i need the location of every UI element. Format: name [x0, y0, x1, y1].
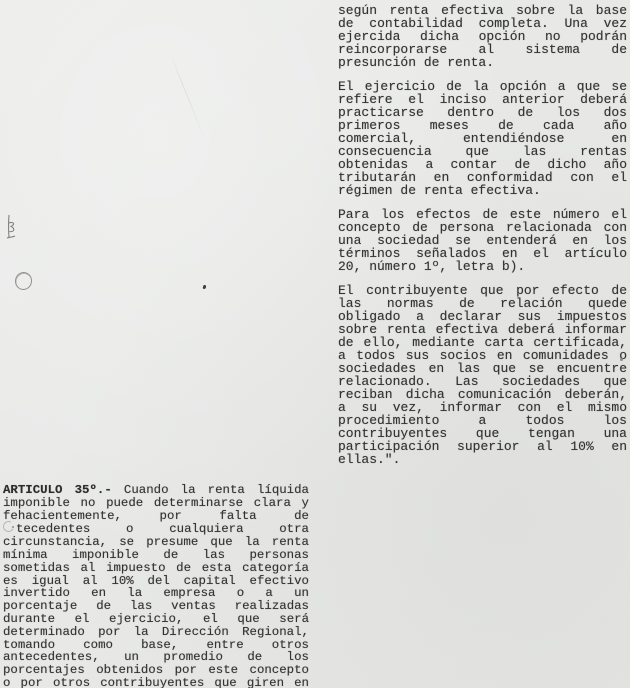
- article-heading: ARTICULO 35º.-: [3, 483, 112, 497]
- text-line: ellas.".: [338, 453, 627, 466]
- ink-speck-mark: [203, 285, 207, 290]
- ring-stamp-mark: [14, 271, 33, 291]
- para-opcion-contabilidad: según renta efectiva sobre la base de co…: [338, 4, 627, 69]
- text-line: régimen de renta efectiva.: [338, 184, 627, 197]
- text-line: sometidas al impuesto de esta categoría: [3, 562, 309, 575]
- left-column: ARTICULO 35º.- Cuando la renta líquida i…: [3, 484, 309, 688]
- ink-scribble-mark: [5, 213, 17, 248]
- ink-blot: [3, 522, 16, 532]
- para-persona-relacionada: Para los efectos de este número el conce…: [338, 208, 627, 273]
- text-line: imponible no puede determinarse clara y: [3, 497, 309, 510]
- text-line: fehacientemente, por falta de: [3, 510, 309, 523]
- ink-speck-mark-right: [620, 358, 623, 361]
- text-line: mínima imponible de las personas: [3, 549, 309, 562]
- paper-crease: [169, 52, 206, 140]
- para-ejercicio-opcion: El ejercicio de la opción a que se refie…: [338, 80, 627, 197]
- text-fragment: Cuando la renta líquida: [124, 483, 309, 497]
- text-line: presunción de renta.: [338, 56, 627, 69]
- text-line: o por otros contribuyentes que giren en: [3, 677, 309, 688]
- text-line: 20, número 1º, letra b).: [338, 260, 627, 273]
- text-line: durante el ejercicio, el que será: [3, 613, 309, 626]
- para-contribuyente-informar: El contribuyente que por efecto de las n…: [338, 284, 627, 466]
- para-articulo-35: ARTICULO 35º.- Cuando la renta líquida i…: [3, 484, 309, 688]
- text-line: determinado por la Dirección Regional,: [3, 626, 309, 639]
- text-line-article-start: ARTICULO 35º.- Cuando la renta líquida: [3, 484, 309, 497]
- right-column: según renta efectiva sobre la base de co…: [338, 4, 627, 466]
- scanned-document-page: según renta efectiva sobre la base de co…: [0, 0, 630, 688]
